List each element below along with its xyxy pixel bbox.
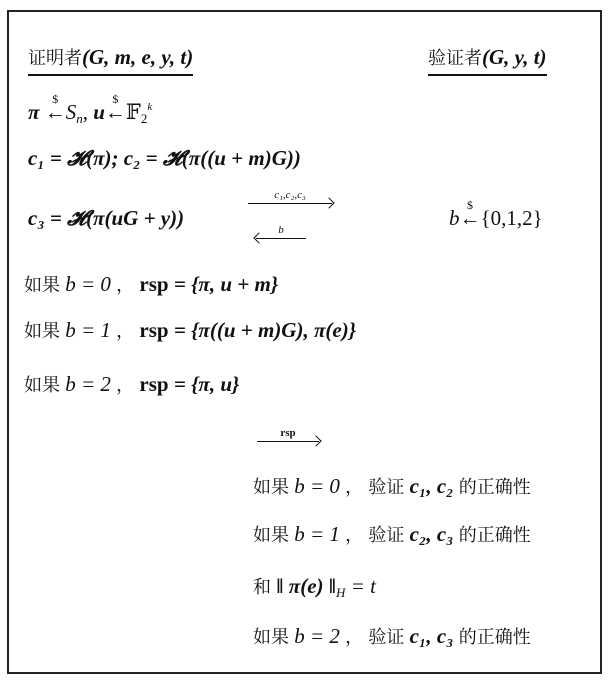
- and-label: 和: [253, 577, 271, 598]
- sampling-line: π $←Sn, u$←𝔽2k: [28, 98, 152, 126]
- check-row-2: 如果 b = 2 ， 验证 c₁, c₃ 的正确性: [253, 622, 531, 652]
- dollar-marker: $: [467, 191, 473, 219]
- challenge-arrow-label: b: [256, 224, 306, 236]
- field-sub: 2: [141, 111, 148, 126]
- prover-args: (G, m, e, y, t): [82, 45, 193, 69]
- verify-label: 验证: [368, 627, 404, 648]
- separator: ，: [116, 321, 134, 342]
- condition: b = 1: [294, 522, 340, 546]
- if-label: 如果: [24, 275, 60, 296]
- random-sample-arrow: $←: [460, 204, 481, 232]
- response-row-2: 如果 b = 2 ， rsp = {π, u}: [24, 370, 239, 400]
- commitment-line-1: c₁ = 𝓗(π); c₂ = 𝓗(π((u + m)G)): [28, 144, 301, 172]
- dollar-marker: $: [112, 85, 118, 113]
- challenge-arrow: b: [256, 238, 306, 239]
- condition: b = 0: [65, 272, 111, 296]
- if-label: 如果: [253, 525, 289, 546]
- if-label: 如果: [253, 627, 289, 648]
- rsp-label: rsp: [139, 272, 168, 296]
- random-sample-arrow: $←: [105, 98, 126, 126]
- correctness-label: 的正确性: [459, 477, 531, 498]
- separator: ，: [345, 525, 363, 546]
- challenge-var: b: [449, 206, 460, 230]
- response-row-0: 如果 b = 0 ， rsp = {π, u + m}: [24, 270, 278, 300]
- separator: ，: [345, 627, 363, 648]
- field-symbol: 𝔽: [126, 100, 141, 124]
- commitment-expr-1: c₁ = 𝓗(π); c₂ = 𝓗(π((u + m)G)): [28, 146, 301, 170]
- commitment-arrow-label: c₁,c₂,c₃: [248, 189, 332, 201]
- pi-symbol: π: [28, 100, 39, 124]
- verify-label: 验证: [368, 525, 404, 546]
- field-sup: k: [147, 101, 152, 113]
- check-vars: c₁, c₃: [410, 624, 454, 648]
- u-symbol: u: [93, 100, 105, 124]
- challenge-set: {0,1,2}: [481, 206, 543, 230]
- condition: b = 0: [294, 474, 340, 498]
- rsp-value: = {π, u}: [174, 372, 239, 396]
- separator: ，: [116, 275, 134, 296]
- response-arrow: rsp: [257, 441, 319, 442]
- weight-expr: ‖ π(e) ‖: [276, 574, 336, 598]
- commitment-expr-2: c₃ = 𝓗(π(uG + y)): [28, 206, 184, 230]
- check-row-0: 如果 b = 0 ， 验证 c₁, c₂ 的正确性: [253, 472, 531, 502]
- prover-label: 证明者: [28, 48, 82, 69]
- condition: b = 2: [294, 624, 340, 648]
- rsp-label: rsp: [139, 372, 168, 396]
- check-row-1: 如果 b = 1 ， 验证 c₂, c₃ 的正确性: [253, 520, 531, 550]
- check-vars: c₂, c₃: [410, 522, 454, 546]
- sym-group: S: [66, 100, 77, 124]
- challenge-sampling: b$←{0,1,2}: [449, 204, 543, 232]
- weight-target: = t: [351, 574, 376, 598]
- commitment-arrow: c₁,c₂,c₃: [248, 203, 332, 204]
- if-label: 如果: [253, 477, 289, 498]
- prover-title: 证明者(G, m, e, y, t): [28, 44, 193, 76]
- verifier-args: (G, y, t): [482, 45, 547, 69]
- hamming-sub: H: [336, 585, 345, 600]
- separator: ，: [116, 375, 134, 396]
- sym-group-sub: n: [76, 111, 83, 126]
- verify-label: 验证: [368, 477, 404, 498]
- rsp-value: = {π, u + m}: [174, 272, 278, 296]
- dollar-marker: $: [52, 85, 58, 113]
- rsp-value: = {π((u + m)G), π(e)}: [174, 318, 356, 342]
- response-row-1: 如果 b = 1 ， rsp = {π((u + m)G), π(e)}: [24, 316, 356, 346]
- condition: b = 2: [65, 372, 111, 396]
- rsp-label: rsp: [139, 318, 168, 342]
- if-label: 如果: [24, 375, 60, 396]
- verifier-title: 验证者(G, y, t): [428, 44, 547, 76]
- condition: b = 1: [65, 318, 111, 342]
- if-label: 如果: [24, 321, 60, 342]
- check-vars: c₁, c₂: [410, 474, 454, 498]
- correctness-label: 的正确性: [459, 627, 531, 648]
- random-sample-arrow: $←: [45, 98, 66, 126]
- commitment-line-2: c₃ = 𝓗(π(uG + y)): [28, 204, 184, 232]
- separator: ，: [345, 477, 363, 498]
- verifier-label: 验证者: [428, 48, 482, 69]
- correctness-label: 的正确性: [459, 525, 531, 546]
- response-arrow-label: rsp: [257, 427, 319, 439]
- check-row-weight: 和 ‖ π(e) ‖H = t: [253, 572, 376, 602]
